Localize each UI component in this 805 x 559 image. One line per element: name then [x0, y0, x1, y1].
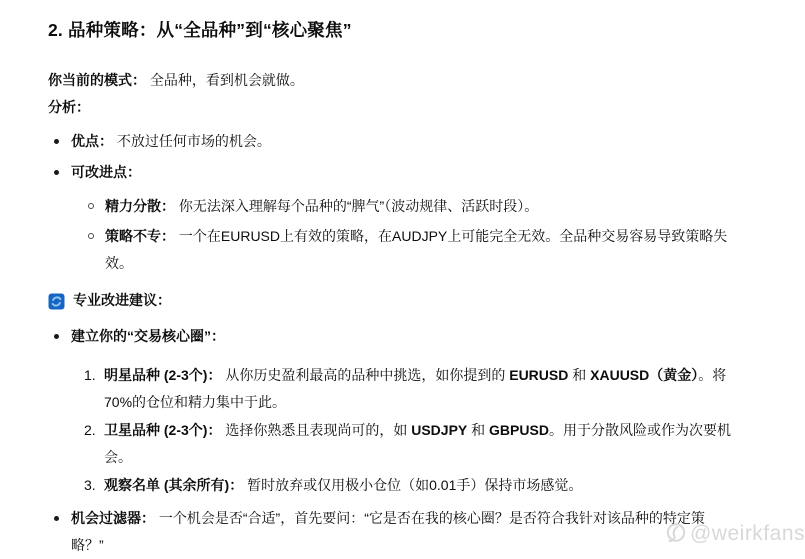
step-number: 1.	[84, 362, 96, 389]
analysis-list: 优点： 不放过任何市场的机会。 可改进点： 精力分散： 你无法深入理解每个品种的…	[48, 128, 732, 277]
bullet-icon	[54, 139, 59, 144]
advice-heading: 专业改进建议：	[48, 287, 732, 314]
hollow-bullet-icon	[88, 203, 94, 209]
list-item-opportunity-filter: 机会过滤器： 一个机会是否“合适”，首先要问：“它是否在我的核心圈？是否符合我针…	[48, 505, 732, 559]
list-item-pros: 优点： 不放过任何市场的机会。	[48, 128, 732, 155]
document-body: 2. 品种策略：从“全品种”到“核心聚焦” 你当前的模式： 全品种，看到机会就做…	[48, 12, 732, 559]
bullet-icon	[54, 170, 59, 175]
step-number: 2.	[84, 417, 96, 444]
list-item-text: 优点： 不放过任何市场的机会。	[71, 133, 271, 149]
list-item-star-symbols: 1. 明星品种 (2-3个)： 从你历史盈利最高的品种中挑选，如你提到的 EUR…	[71, 362, 732, 416]
core-circle-steps: 1. 明星品种 (2-3个)： 从你历史盈利最高的品种中挑选，如你提到的 EUR…	[71, 362, 732, 499]
list-item-text: 策略不专： 一个在EURUSD上有效的策略，在AUDJPY上可能完全无效。全品种…	[105, 228, 727, 271]
bullet-icon	[54, 516, 59, 521]
analysis-label-text: 分析：	[48, 99, 90, 115]
step-number: 3.	[84, 472, 96, 499]
analysis-label: 分析：	[48, 94, 732, 121]
list-item-satellite-symbols: 2. 卫星品种 (2-3个)： 选择你熟悉且表现尚可的，如 USDJPY 和 G…	[71, 417, 732, 471]
list-item-text: 精力分散： 你无法深入理解每个品种的“脾气”（波动规律、活跃时段）。	[105, 198, 538, 214]
list-item-energy-split: 精力分散： 你无法深入理解每个品种的“脾气”（波动规律、活跃时段）。	[71, 193, 732, 220]
list-item-strategy-unfocused: 策略不专： 一个在EURUSD上有效的策略，在AUDJPY上可能完全无效。全品种…	[71, 223, 732, 277]
watermark-handle: @weirkfans	[690, 522, 805, 546]
weirkfans-logo-icon	[662, 520, 689, 547]
list-item-text: 卫星品种 (2-3个)： 选择你熟悉且表现尚可的，如 USDJPY 和 GBPU…	[104, 422, 731, 465]
watermark: @weirkfans	[662, 520, 805, 547]
list-item-text: 明星品种 (2-3个)： 从你历史盈利最高的品种中挑选，如你提到的 EURUSD…	[104, 367, 726, 410]
list-item-improvements: 可改进点： 精力分散： 你无法深入理解每个品种的“脾气”（波动规律、活跃时段）。…	[48, 159, 732, 277]
advice-heading-text: 专业改进建议：	[73, 287, 171, 314]
page-title: 2. 品种策略：从“全品种”到“核心聚焦”	[48, 18, 732, 42]
list-item-text: 机会过滤器： 一个机会是否“合适”，首先要问：“它是否在我的核心圈？是否符合我针…	[71, 510, 705, 553]
bullet-icon	[54, 334, 59, 339]
list-item-text: 可改进点：	[71, 164, 141, 180]
list-item-core-circle: 建立你的“交易核心圈”： 1. 明星品种 (2-3个)： 从你历史盈利最高的品种…	[48, 323, 732, 499]
recommendation-list: 建立你的“交易核心圈”： 1. 明星品种 (2-3个)： 从你历史盈利最高的品种…	[48, 323, 732, 559]
current-mode-line: 你当前的模式： 全品种，看到机会就做。	[48, 67, 732, 94]
list-item-text: 观察名单 (其余所有)： 暂时放弃或仅用极小仓位（如0.01手）保持市场感觉。	[104, 477, 582, 493]
improvements-sublist: 精力分散： 你无法深入理解每个品种的“脾气”（波动规律、活跃时段）。 策略不专：…	[71, 193, 732, 277]
refresh-target-icon	[48, 292, 65, 309]
list-item-watchlist: 3. 观察名单 (其余所有)： 暂时放弃或仅用极小仓位（如0.01手）保持市场感…	[71, 472, 732, 499]
hollow-bullet-icon	[88, 233, 94, 239]
list-item-text: 建立你的“交易核心圈”：	[71, 328, 225, 344]
